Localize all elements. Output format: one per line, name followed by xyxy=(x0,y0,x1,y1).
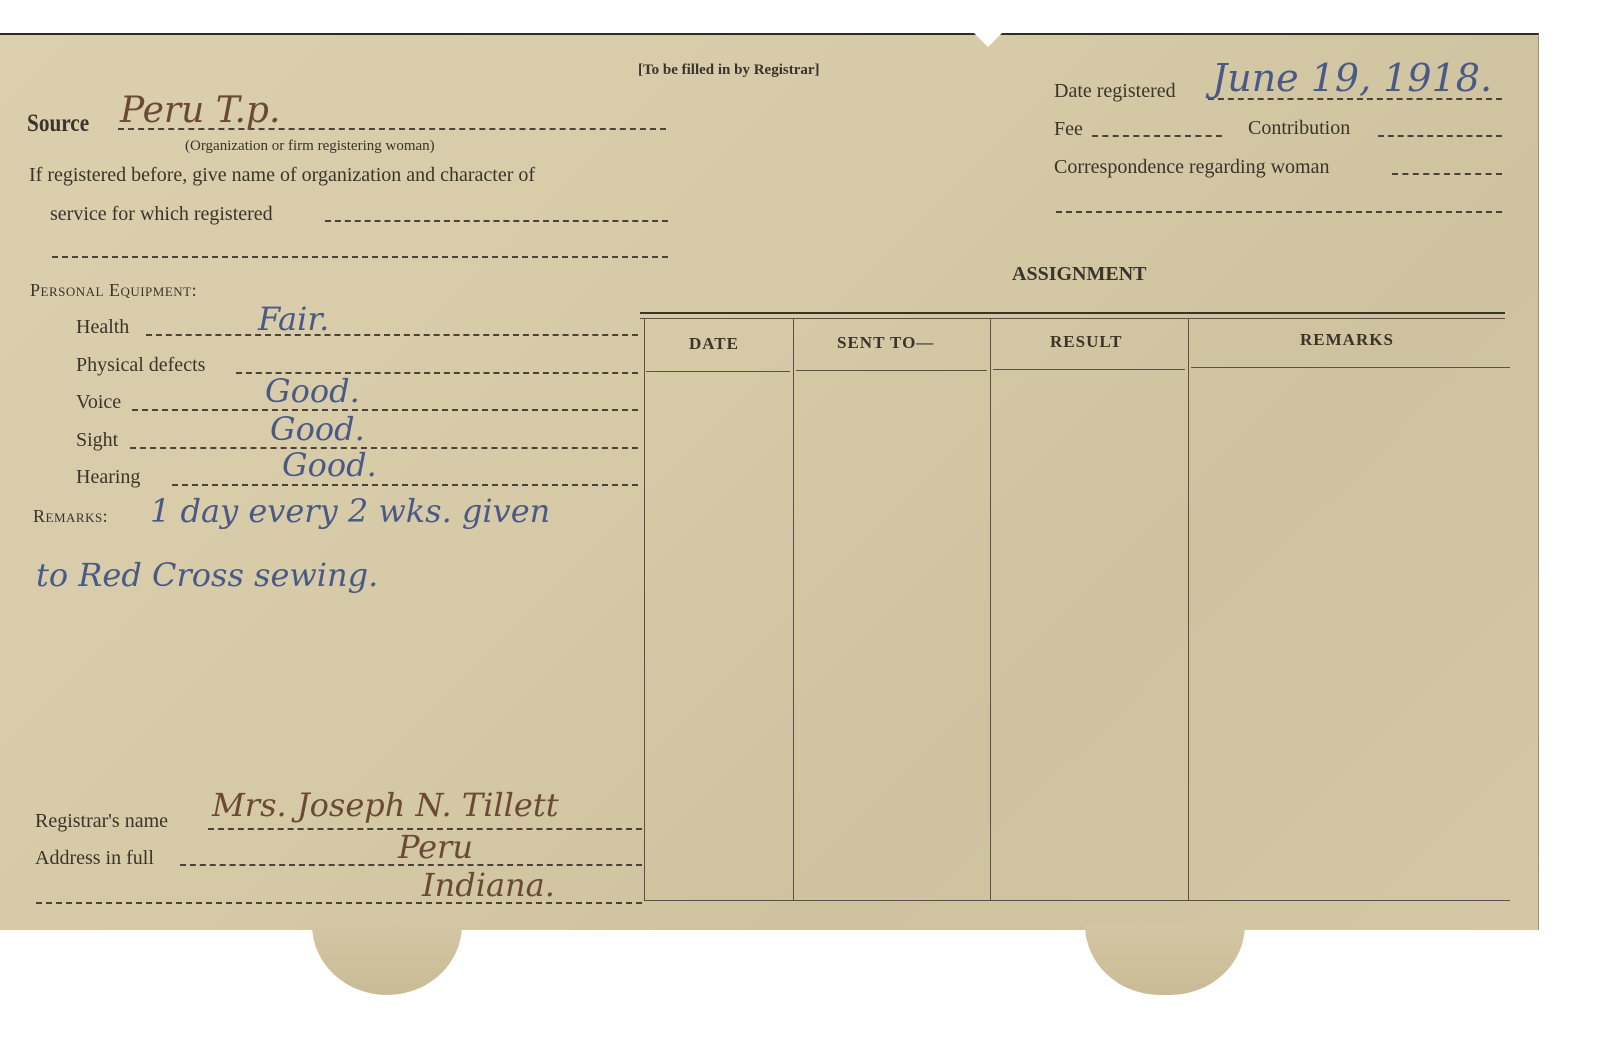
correspondence-field-2[interactable] xyxy=(1056,211,1502,213)
registrar-note: [To be filled in by Registrar] xyxy=(638,62,820,79)
source-value[interactable]: Peru T.p. xyxy=(120,90,280,131)
health-value[interactable]: Fair. xyxy=(258,300,329,338)
table-divider-1 xyxy=(793,318,794,901)
contribution-field[interactable] xyxy=(1378,135,1502,137)
contribution-label: Contribution xyxy=(1248,117,1350,140)
card-tab-right xyxy=(1085,925,1245,995)
hearing-line xyxy=(172,484,638,486)
registrar-name-label: Registrar's name xyxy=(35,810,168,833)
table-border-left xyxy=(644,318,645,901)
remarks-label: Remarks: xyxy=(33,506,108,527)
source-label: Source xyxy=(27,110,89,138)
correspondence-field[interactable] xyxy=(1392,173,1502,175)
address-line2-value[interactable]: Indiana. xyxy=(422,866,555,904)
sight-value[interactable]: Good. xyxy=(270,410,365,448)
voice-value[interactable]: Good. xyxy=(265,372,360,410)
header-rule-sent xyxy=(796,370,987,371)
health-line xyxy=(146,334,638,336)
date-registered-value[interactable]: June 19, 1918. xyxy=(1212,56,1492,100)
card-tab-left xyxy=(312,925,462,995)
hearing-value[interactable]: Good. xyxy=(282,446,377,484)
sight-line xyxy=(130,447,638,449)
address-label: Address in full xyxy=(35,847,154,870)
prior-registration-line1: If registered before, give name of organ… xyxy=(29,164,535,187)
column-header-remarks: REMARKS xyxy=(1300,330,1394,350)
fee-field[interactable] xyxy=(1092,135,1222,137)
date-registered-label: Date registered xyxy=(1054,80,1176,103)
column-header-date: DATE xyxy=(689,334,739,354)
fee-label: Fee xyxy=(1054,118,1083,141)
source-caption: (Organization or firm registering woman) xyxy=(185,138,435,155)
remarks-line1[interactable]: 1 day every 2 wks. given xyxy=(150,492,550,530)
health-label: Health xyxy=(76,316,129,339)
remarks-line2[interactable]: to Red Cross sewing. xyxy=(36,556,378,594)
prior-registration-field-2[interactable] xyxy=(52,256,668,258)
table-divider-2 xyxy=(990,318,991,901)
table-top-rule-2 xyxy=(640,318,1505,319)
column-header-sent-to: SENT TO— xyxy=(837,333,934,353)
column-header-result: RESULT xyxy=(1050,332,1122,352)
assignment-heading: ASSIGNMENT xyxy=(1012,263,1146,286)
voice-line xyxy=(132,409,638,411)
header-rule-remarks xyxy=(1191,367,1510,368)
address-line1-value[interactable]: Peru xyxy=(398,828,473,866)
table-divider-3 xyxy=(1188,318,1189,901)
correspondence-label: Correspondence regarding woman xyxy=(1054,156,1329,179)
personal-equipment-heading: Personal Equipment: xyxy=(30,280,197,301)
header-rule-result xyxy=(993,369,1185,370)
hearing-label: Hearing xyxy=(76,466,140,489)
physical-defects-label: Physical defects xyxy=(76,354,205,377)
prior-registration-field[interactable] xyxy=(325,220,668,222)
table-bottom-rule xyxy=(644,900,1510,901)
sight-label: Sight xyxy=(76,429,118,452)
voice-label: Voice xyxy=(76,391,121,414)
table-top-rule xyxy=(640,312,1505,314)
card-notch xyxy=(972,31,1004,47)
prior-registration-line2: service for which registered xyxy=(50,203,273,226)
header-rule-date xyxy=(646,371,790,372)
registrar-name-value[interactable]: Mrs. Joseph N. Tillett xyxy=(212,786,559,824)
